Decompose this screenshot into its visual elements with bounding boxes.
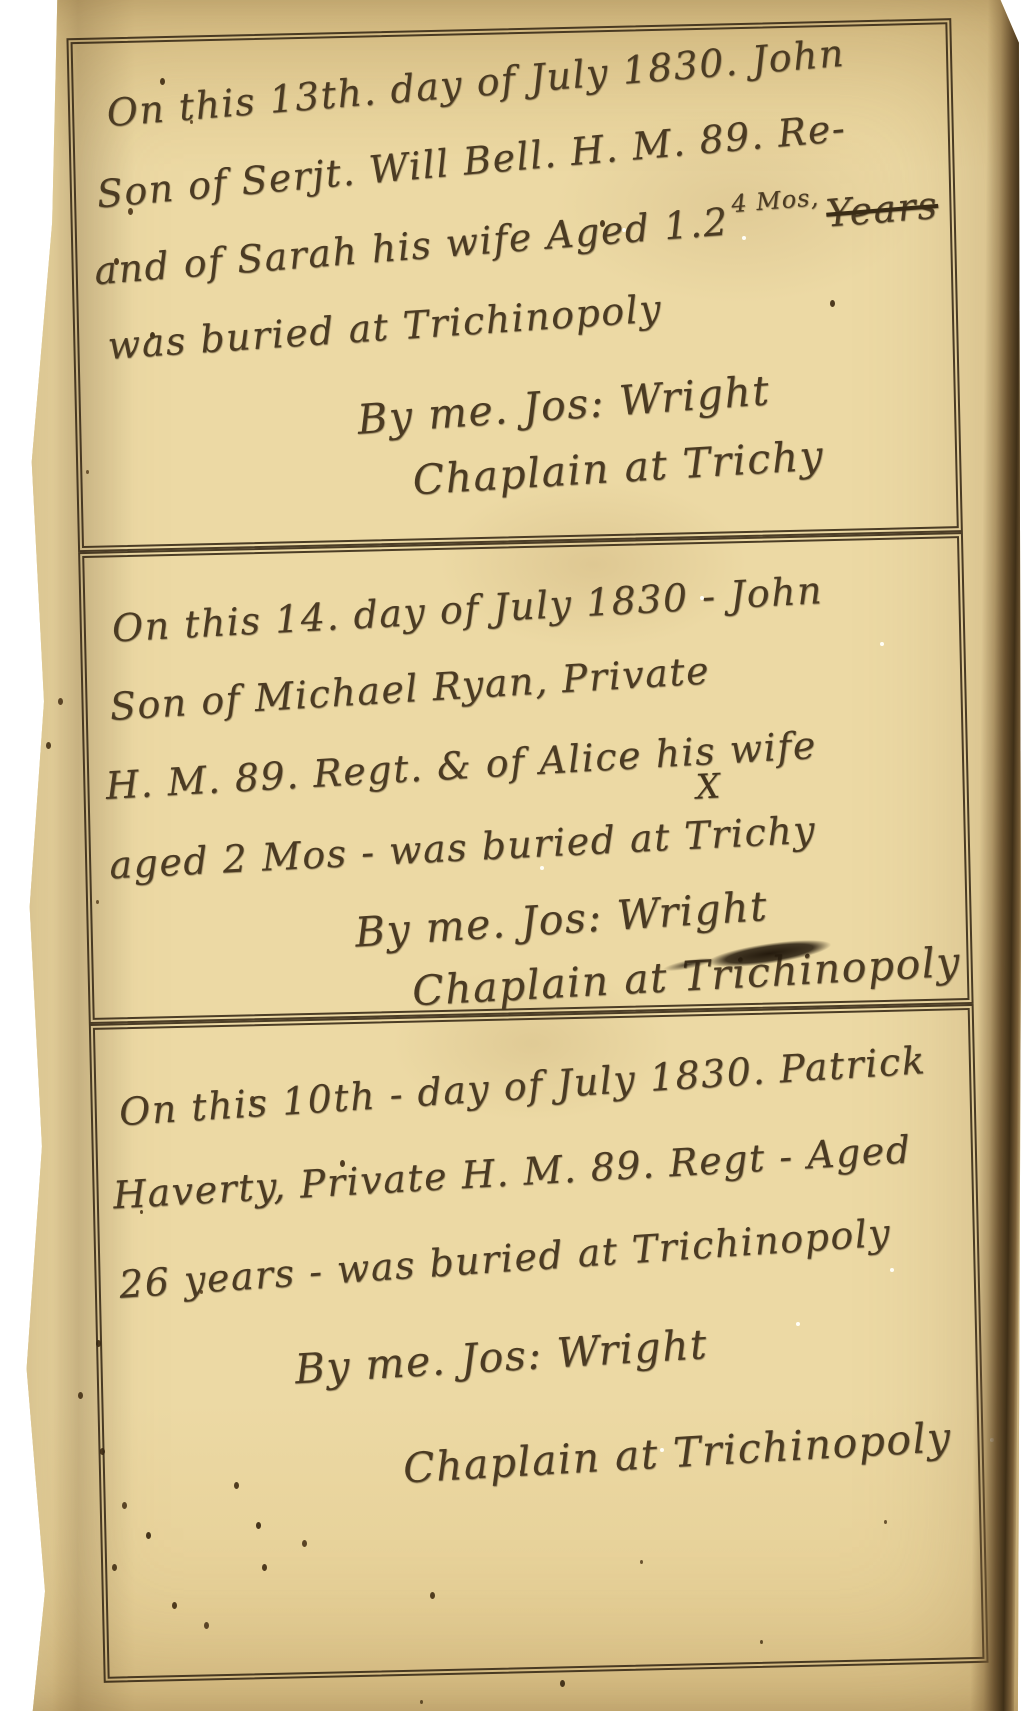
chaplain-title: Chaplain at Trichy [411, 431, 825, 504]
struck-word: Years [825, 183, 940, 236]
register-line: aged 2 Mos - was buried at XTrichy [108, 808, 817, 888]
line-text: aged 2 Mos - was buried at [108, 814, 685, 887]
register-entry-1: On this 13th. day of July 1830. John Son… [66, 18, 962, 552]
register-line: On this 10th - day of July 1830. Patrick [118, 1038, 928, 1134]
superscript-insertion: 4 Mos, [730, 183, 820, 218]
chaplain-signature: By me. Jos: Wright [356, 366, 772, 443]
chaplain-signature: By me. Jos: Wright [353, 882, 769, 957]
chaplain-title: Chaplain at Trichinopoly [402, 1413, 953, 1493]
register-line: Haverty, Private H. M. 89. Regt - Aged [112, 1127, 913, 1217]
x-mark-annotation: X [695, 766, 723, 807]
register-line: was buried at Trichinopoly [106, 286, 663, 368]
ink-specks-small [0, 0, 3, 4]
register-frame: On this 13th. day of July 1830. John Son… [66, 18, 988, 1683]
chaplain-signature: By me. Jos: Wright [293, 1320, 709, 1393]
line-text: Trichy [683, 808, 817, 859]
line-text: and of Sarah his wife Aged 1.2 [93, 199, 731, 293]
register-page-scan: On this 13th. day of July 1830. John Son… [0, 0, 1023, 1711]
ink-specks [0, 0, 5, 7]
place-word: XTrichy [683, 808, 817, 859]
register-line: 26 years - was buried at Trichinopoly [118, 1210, 893, 1307]
register-line: On this 14. day of July 1830 - John [111, 568, 824, 650]
register-entry-2: On this 14. day of July 1830 - John Son … [78, 532, 973, 1024]
paper-pinholes [0, 0, 4, 4]
chaplain-title: Chaplain at Trichinopoly [411, 938, 962, 1016]
register-entry-3: On this 10th - day of July 1830. Patrick… [89, 1004, 989, 1683]
register-line: Son of Michael Ryan, Private [109, 648, 712, 729]
binding-edge [970, 0, 1023, 1711]
